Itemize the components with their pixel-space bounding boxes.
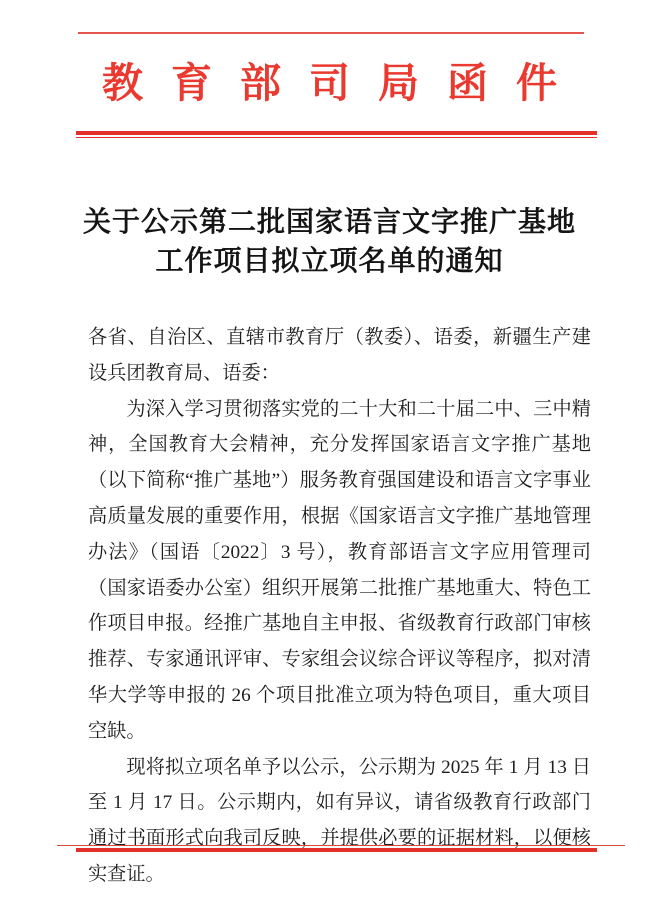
top-red-rule bbox=[78, 32, 584, 34]
paragraph-2: 现将拟立项名单予以公示，公示期为 2025 年 1 月 13 日至 1 月 17… bbox=[88, 750, 591, 893]
letterhead-divider-thin-rule bbox=[76, 137, 597, 138]
document-page: 教育部司局函件 关于公示第二批国家语言文字推广基地 工作项目拟立项名单的通知 各… bbox=[0, 0, 659, 906]
document-title-line2: 工作项目拟立项名单的通知 bbox=[155, 246, 503, 277]
salutation: 各省、自治区、直辖市教育厅（教委）、语委，新疆生产建设兵团教育局、语委： bbox=[88, 320, 591, 392]
bottom-red-rule-thin bbox=[57, 845, 625, 846]
document-title: 关于公示第二批国家语言文字推广基地 工作项目拟立项名单的通知 bbox=[0, 203, 659, 281]
bottom-red-rule-thick bbox=[76, 848, 597, 852]
paragraph-1: 为深入学习贯彻落实党的二十大和二十届二中、三中精神，全国教育大会精神，充分发挥国… bbox=[88, 392, 591, 750]
document-title-line1: 关于公示第二批国家语言文字推广基地 bbox=[83, 207, 576, 238]
letterhead-divider bbox=[76, 131, 597, 138]
letterhead-title: 教育部司局函件 bbox=[28, 58, 659, 108]
document-body: 各省、自治区、直辖市教育厅（教委）、语委，新疆生产建设兵团教育局、语委： 为深入… bbox=[88, 320, 591, 893]
